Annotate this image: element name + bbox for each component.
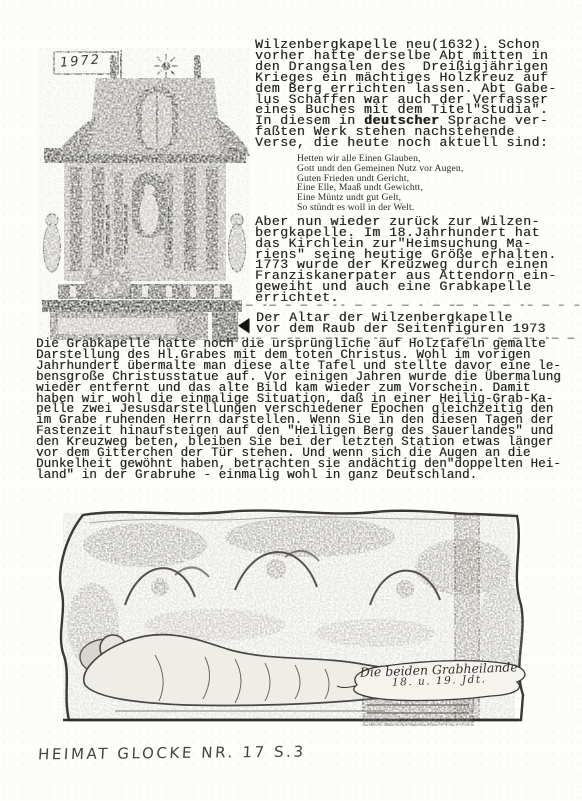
sunburst-icon: [154, 54, 178, 78]
statue-right: [229, 214, 246, 272]
dash-rule-top: — -— – — – -- — – – — - — –— – — — -– — …: [232, 303, 578, 310]
altar-cornice: [52, 154, 238, 163]
scanned-document-page: 1972 Wilzenbergkapelle neu(1632). Schon …: [0, 0, 582, 801]
flower-bouquet: [84, 258, 132, 298]
tomb-drawing-figure: Die beiden Grabheilande 18. u. 19. Jdt.: [55, 505, 537, 743]
right-text-column: Wilzenbergkapelle neu(1632). Schon vorhe…: [255, 40, 581, 304]
paragraph-2: Aber nun wieder zurück zur Wilzen- bergk…: [255, 217, 581, 304]
altar-photo-figure: 1972: [36, 46, 252, 346]
footer-handwritten-note: HEIMAT GLOCKE NR. 17 S.3: [37, 743, 306, 764]
tomb-drawing: [55, 505, 537, 743]
body-paragraph: Die Grabkapelle hatte noch die ursprüngl…: [36, 339, 578, 481]
paragraph-1: Wilzenbergkapelle neu(1632). Schon vorhe…: [255, 40, 581, 149]
printed-verse: Hetten wir alle Einen Glauben, Gott undt…: [297, 154, 581, 213]
caption-line-2: vor dem Raub der Seitenfiguren 1973: [256, 323, 578, 334]
altar-mensa: [42, 300, 242, 312]
arrow-left-icon: ◀: [238, 312, 250, 336]
altar-photo: [36, 46, 252, 346]
statue-left: [44, 214, 61, 272]
photo-caption: ◀ Der Altar der Wilzenbergkapelle vor de…: [232, 312, 578, 334]
tomb-base-block: [363, 697, 473, 725]
